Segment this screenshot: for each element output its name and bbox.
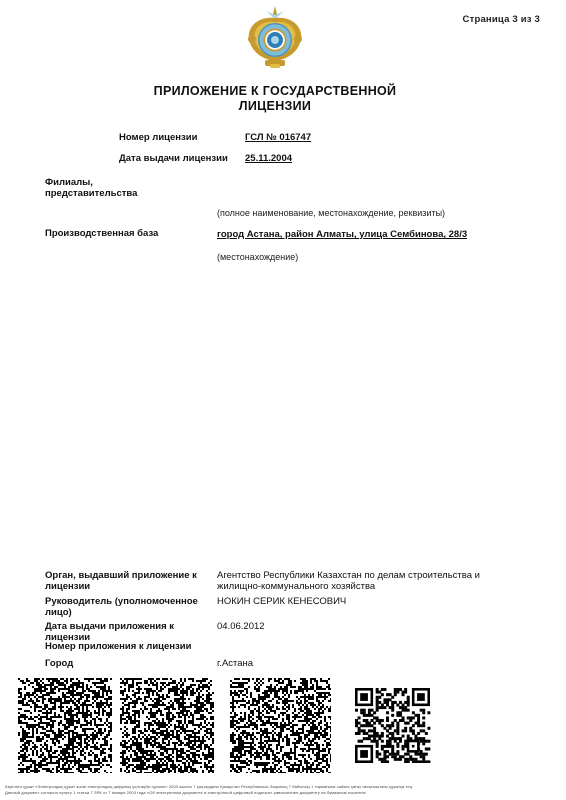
- document-page: Страница 3 из 3 ПРИЛОЖЕНИЕ К ГОСУДАРСТВЕ…: [0, 0, 566, 800]
- city-row: Город г.Астана: [45, 658, 535, 669]
- license-number-value: ГСЛ № 016747: [245, 132, 445, 143]
- license-issue-date-value: 25.11.2004: [245, 153, 445, 164]
- head-row: Руководитель (уполномоченное лицо) НОКИН…: [45, 596, 535, 618]
- attachment-issue-date-value: 04.06.2012: [217, 621, 507, 643]
- attachment-number-label: Номер приложения к лицензии: [45, 641, 217, 652]
- kazakhstan-emblem-icon: [246, 6, 304, 70]
- attachment-number-row: Номер приложения к лицензии: [45, 641, 535, 652]
- branches-label: Филиалы, представительства: [45, 178, 175, 199]
- attachment-number-value: [217, 641, 507, 652]
- datamatrix-barcode-2: [120, 678, 214, 773]
- issuing-authority-row: Орган, выдавший приложение к лицензии Аг…: [45, 570, 535, 592]
- production-base-value: город Астана, район Алматы, улица Сембин…: [217, 229, 537, 240]
- head-value: НОКИН СЕРИК КЕНЕСОВИЧ: [217, 596, 507, 618]
- city-label: Город: [45, 658, 217, 669]
- qr-code: [355, 688, 432, 763]
- city-value: г.Астана: [217, 658, 507, 669]
- branches-hint: (полное наименование, местонахождение, р…: [217, 208, 537, 218]
- issuing-authority-value: Агентство Республики Казахстан по делам …: [217, 570, 507, 592]
- datamatrix-barcode-3: [230, 678, 331, 773]
- footer-legal-kk: Берілген құжат «Электрондық құжат және э…: [5, 784, 563, 789]
- issuing-authority-label: Орган, выдавший приложение к лицензии: [45, 570, 217, 592]
- page-indicator: Страница 3 из 3: [400, 14, 540, 25]
- production-base-label: Производственная база: [45, 229, 215, 240]
- datamatrix-barcode-1: [18, 678, 112, 773]
- attachment-issue-date-label: Дата выдачи приложения к лицензии: [45, 621, 217, 643]
- head-label: Руководитель (уполномоченное лицо): [45, 596, 217, 618]
- attachment-issue-date-row: Дата выдачи приложения к лицензии 04.06.…: [45, 621, 535, 643]
- license-number-label: Номер лицензии: [119, 132, 244, 143]
- footer-legal-ru: Данный документ согласно пункту 1 статьи…: [5, 790, 563, 795]
- document-title: ПРИЛОЖЕНИЕ К ГОСУДАРСТВЕННОЙ ЛИЦЕНЗИИ: [135, 84, 415, 114]
- license-issue-date-label: Дата выдачи лицензии: [119, 153, 244, 164]
- production-base-hint: (местонахождение): [217, 252, 537, 262]
